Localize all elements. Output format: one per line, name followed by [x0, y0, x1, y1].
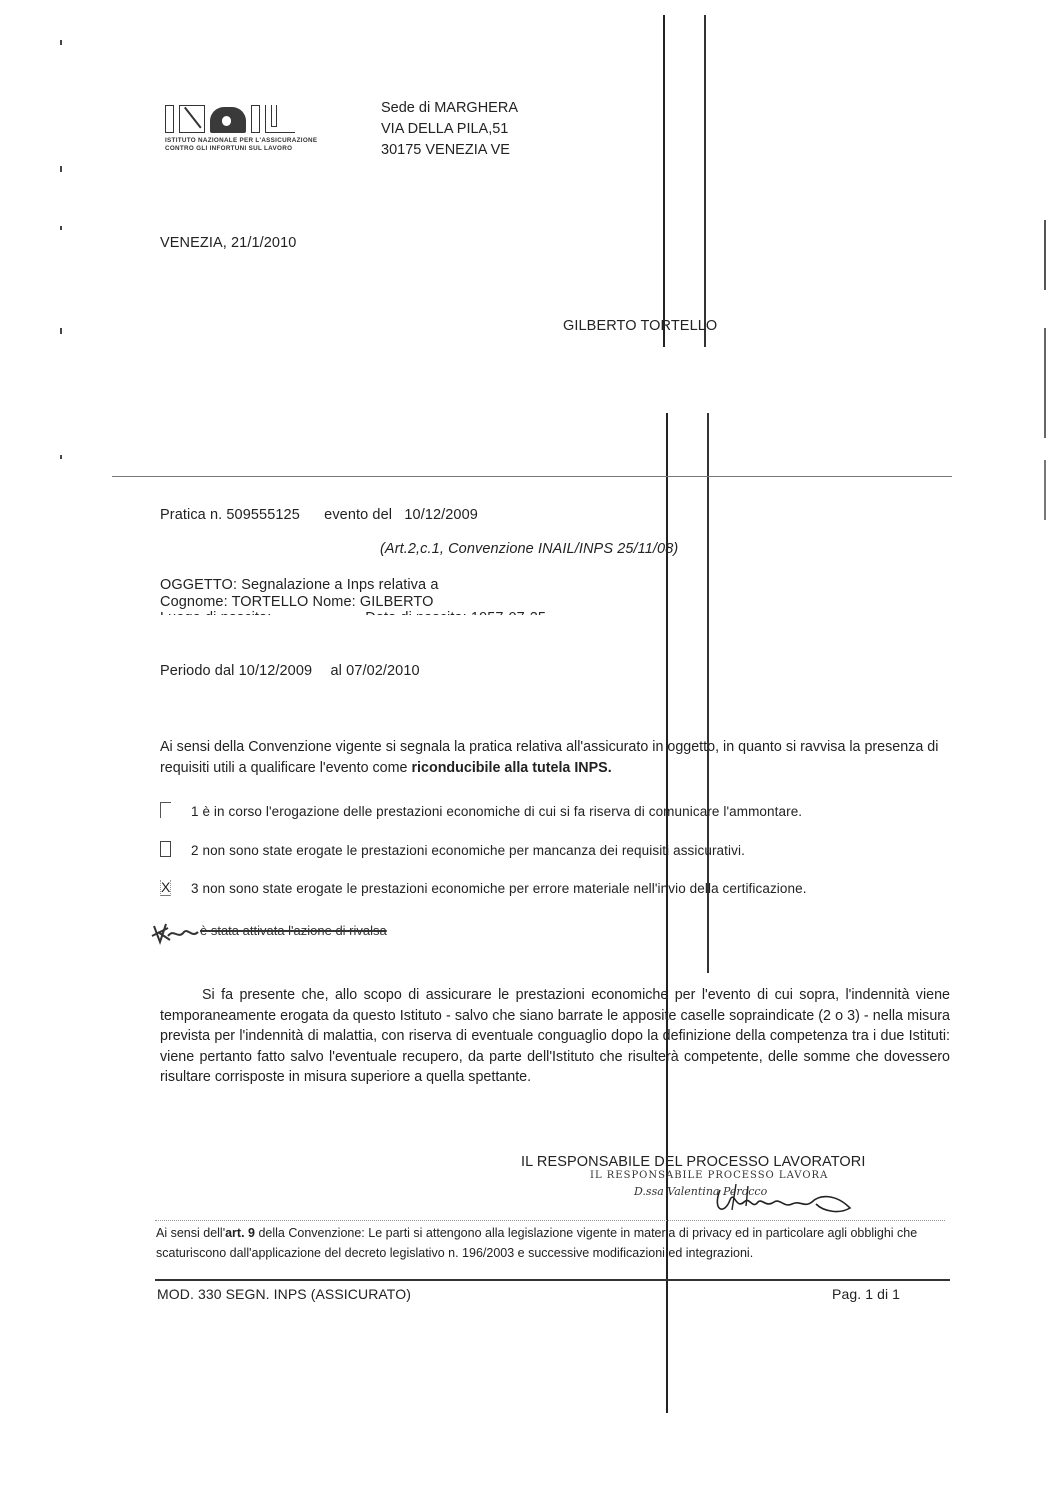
handwritten-signature-icon	[700, 1180, 860, 1224]
page-number: Pag. 1 di 1	[832, 1284, 900, 1304]
checkbox-option-1[interactable]	[160, 802, 171, 818]
event-date: 10/12/2009	[404, 507, 478, 523]
case-info: Pratica n. 509555125 evento del 10/12/20…	[160, 505, 478, 525]
punch-mark	[1044, 220, 1046, 290]
punch-mark	[60, 328, 62, 334]
option-4-struck: è stata attivata l'azione di rivalsa	[200, 923, 387, 938]
period-to: 07/02/2010	[346, 663, 420, 679]
sender-address: Sede di MARGHERA VIA DELLA PILA,51 30175…	[381, 98, 518, 161]
first-name: GILBERTO	[360, 594, 434, 610]
surname: TORTELLO	[232, 594, 309, 610]
inail-logo-icon	[165, 103, 345, 133]
punch-mark	[60, 455, 62, 459]
scan-line	[666, 413, 668, 1413]
place-date: VENEZIA, 21/1/2010	[160, 233, 296, 253]
scan-line	[112, 476, 952, 477]
legal-reference: (Art.2,c.1, Convenzione INAIL/INPS 25/11…	[380, 539, 678, 559]
footer-rule	[155, 1279, 950, 1281]
punch-mark	[1044, 460, 1046, 520]
privacy-notice: Ai sensi dell'art. 9 della Convenzione: …	[156, 1223, 952, 1263]
recipient-name: GILBERTO TORTELLO	[563, 316, 717, 336]
punch-mark	[60, 166, 62, 172]
scan-line	[663, 15, 665, 347]
checkbox-option-3[interactable]: X	[160, 880, 171, 896]
option-2: 2 non sono state erogate le prestazioni …	[191, 841, 745, 861]
signature-title: IL RESPONSABILE DEL PROCESSO LAVORATORI	[521, 1152, 866, 1172]
period-from: 10/12/2009	[239, 663, 313, 679]
form-code: MOD. 330 SEGN. INPS (ASSICURATO)	[157, 1284, 411, 1304]
checkbox-option-2[interactable]	[160, 841, 171, 857]
option-1: 1 è in corso l'erogazione delle prestazi…	[191, 802, 802, 822]
inail-logo: ISTITUTO NAZIONALE PER L'ASSICURAZIONE C…	[165, 103, 345, 163]
clipped-birth-line: Luogo di nascita: ••••••••• ••••• - Data…	[160, 609, 680, 615]
punch-mark	[60, 226, 62, 230]
case-number: 509555125	[226, 507, 299, 523]
notice-paragraph: Si fa presente che, allo scopo di assicu…	[160, 985, 950, 1088]
option-3: 3 non sono state erogate le prestazioni …	[191, 879, 807, 899]
punch-mark	[60, 40, 62, 45]
punch-mark	[1044, 328, 1046, 438]
separator	[155, 1220, 945, 1221]
scan-line	[704, 15, 706, 347]
logo-subtitle: ISTITUTO NAZIONALE PER L'ASSICURAZIONE C…	[165, 137, 345, 152]
period: Periodo dal 10/12/2009 al 07/02/2010	[160, 661, 420, 681]
intro-paragraph: Ai sensi della Convenzione vigente si se…	[160, 737, 950, 778]
